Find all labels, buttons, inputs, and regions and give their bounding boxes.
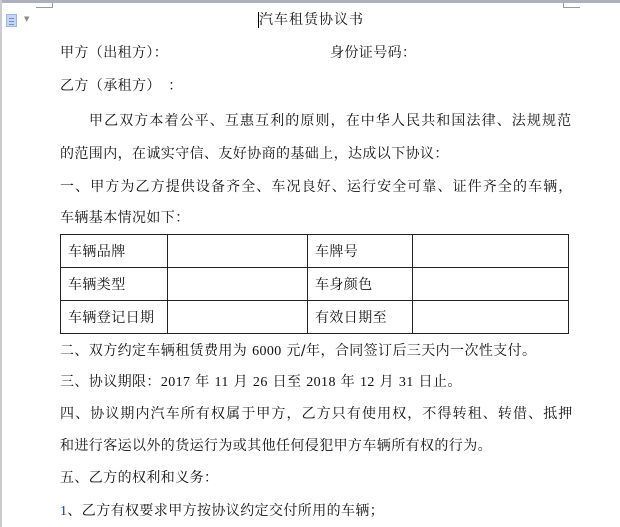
document-title[interactable]: 汽车租赁协议书 <box>259 12 364 28</box>
clause-2[interactable]: 二、双方约定车辆租赁费用为 6000 元/年，合同签订后三天内一次性支付。 <box>60 343 536 360</box>
end-year: 2018 <box>306 375 336 390</box>
table-cell-value[interactable] <box>168 301 308 334</box>
clause-4-line-1[interactable]: 四、协议期内汽车所有权属于甲方，乙方只有使用权，不得转租、转借、抵押 <box>60 406 573 422</box>
ruler-top-edge <box>0 0 620 3</box>
table-cell-value[interactable] <box>413 301 569 334</box>
table-cell-value[interactable] <box>413 235 569 268</box>
preamble-line-1[interactable]: 甲乙双方本着公平、互惠互利的原则，在中华人民共和国法律、法规规范 <box>89 113 572 129</box>
table-row: 车辆登记日期 有效日期至 <box>61 301 569 334</box>
clause-3-suffix: 日止。 <box>414 374 462 390</box>
start-day: 26 <box>253 375 268 390</box>
table-cell-value[interactable] <box>413 268 569 301</box>
clause-4-line-2[interactable]: 和进行客运以外的货运行为或其他任何侵犯甲方车辆所有权的行为。 <box>60 438 492 454</box>
list-item-text: 、乙方有权要求甲方按协议约定交付所用的车辆； <box>67 503 384 519</box>
table-cell-label[interactable]: 车辆品牌 <box>61 235 168 268</box>
start-year: 2017 <box>161 375 191 390</box>
party-b-label[interactable]: 乙方（承租方） ： <box>60 78 183 94</box>
clause-1-line-2[interactable]: 车辆基本情况如下： <box>60 210 190 226</box>
start-month: 11 <box>215 375 229 390</box>
clause-1-line-1[interactable]: 一、甲方为乙方提供设备齐全、车况良好、运行安全可靠、证件齐全的车辆， <box>60 179 573 195</box>
table-row: 车辆类型 车身颜色 <box>61 268 569 301</box>
clause-5-heading[interactable]: 五、乙方的权利和义务： <box>60 470 218 486</box>
document-icon[interactable] <box>6 14 17 27</box>
margin-corner-mark-left <box>36 3 53 8</box>
rental-fee-amount: 6000 <box>252 344 282 359</box>
table-cell-value[interactable] <box>168 268 308 301</box>
clause-2-prefix: 二、双方约定车辆租赁费用为 <box>60 343 252 359</box>
range-separator: 日至 <box>268 374 307 390</box>
table-cell-value[interactable] <box>168 235 308 268</box>
month-unit: 月 <box>375 374 399 390</box>
clause-2-suffix: 元/年，合同签订后三天内一次性支付。 <box>282 343 537 359</box>
party-a-label[interactable]: 甲方（出租方）： <box>60 45 168 61</box>
end-month: 12 <box>360 375 375 390</box>
table-cell-label[interactable]: 有效日期至 <box>308 301 413 334</box>
page-left-edge <box>0 0 2 527</box>
clause-3-prefix: 三、协议期限： <box>60 374 161 390</box>
preamble-line-2[interactable]: 的范围内，在诚实守信、友好协商的基础上，达成以下协议： <box>60 146 449 162</box>
clause-5-item-1[interactable]: 1、乙方有权要求甲方按协议约定交付所用的车辆； <box>60 503 384 520</box>
table-cell-label[interactable]: 车辆登记日期 <box>61 301 168 334</box>
end-day: 31 <box>399 375 414 390</box>
clause-3[interactable]: 三、协议期限：2017 年 11 月 26 日至 2018 年 12 月 31 … <box>60 374 462 391</box>
margin-corner-mark-right <box>563 3 580 8</box>
table-cell-label[interactable]: 车身颜色 <box>308 268 413 301</box>
table-row: 车辆品牌 车牌号 <box>61 235 569 268</box>
table-cell-label[interactable]: 车辆类型 <box>61 268 168 301</box>
month-unit: 月 <box>229 374 253 390</box>
year-unit: 年 <box>336 374 360 390</box>
year-unit: 年 <box>190 374 214 390</box>
vehicle-info-table: 车辆品牌 车牌号 车辆类型 车身颜色 车辆登记日期 有效日期至 <box>60 234 569 334</box>
table-cell-label[interactable]: 车牌号 <box>308 235 413 268</box>
id-number-label[interactable]: 身份证号码： <box>330 45 416 61</box>
dropdown-caret-icon[interactable]: ▼ <box>24 15 29 23</box>
